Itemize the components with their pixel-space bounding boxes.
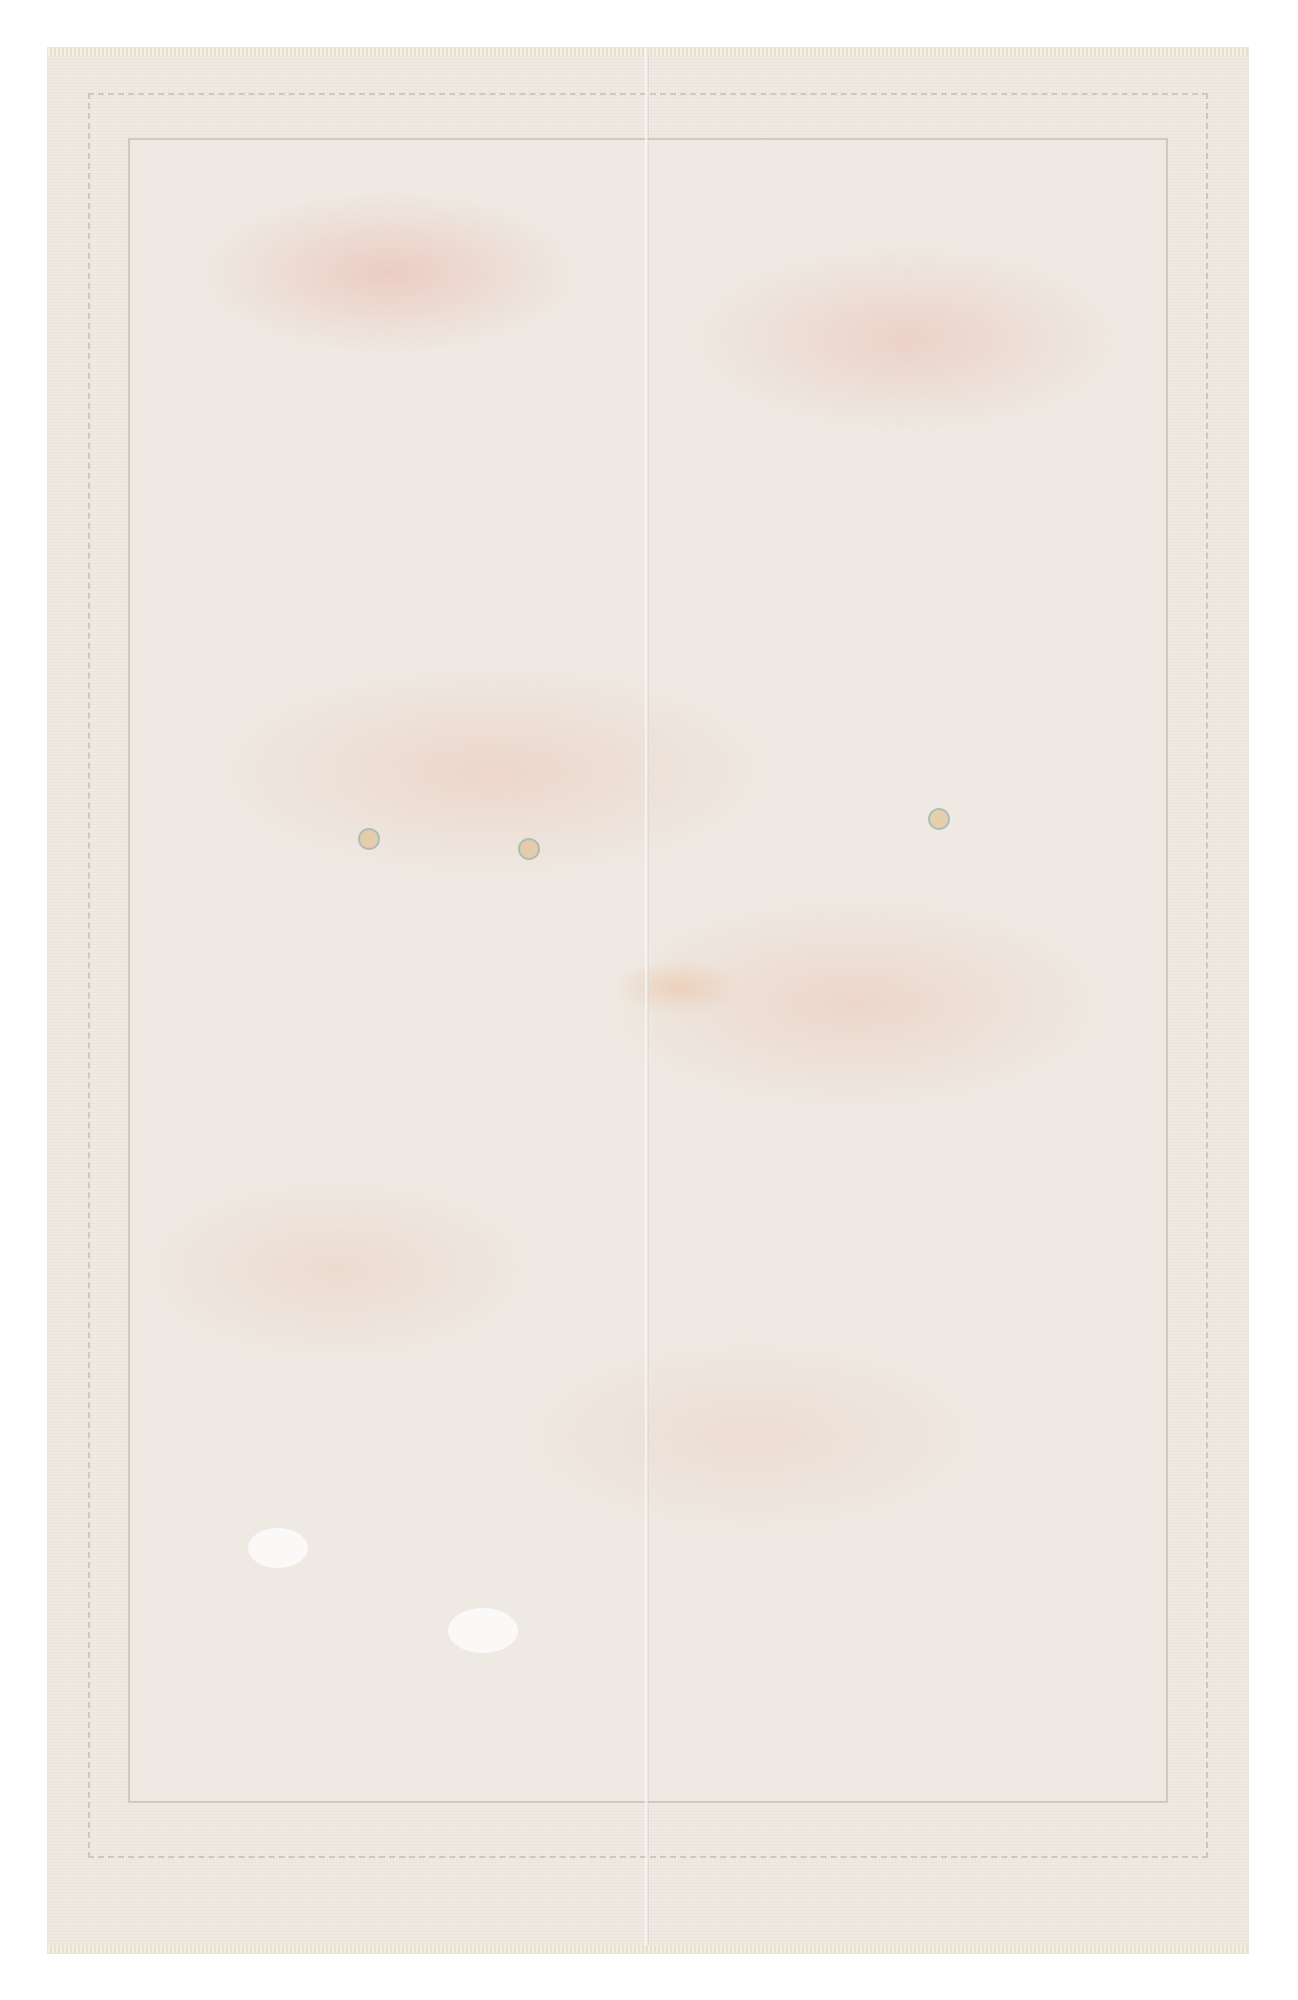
rug-fold-crease (645, 48, 649, 1953)
rug (48, 48, 1248, 1953)
rug-flower-motif (928, 808, 950, 830)
rug-worn-patch (448, 1608, 518, 1653)
rug-flower-motif (518, 838, 540, 860)
rug-fringe-bottom (48, 1945, 1248, 1953)
rug-worn-patch (248, 1528, 308, 1568)
rug-flower-motif (358, 828, 380, 850)
